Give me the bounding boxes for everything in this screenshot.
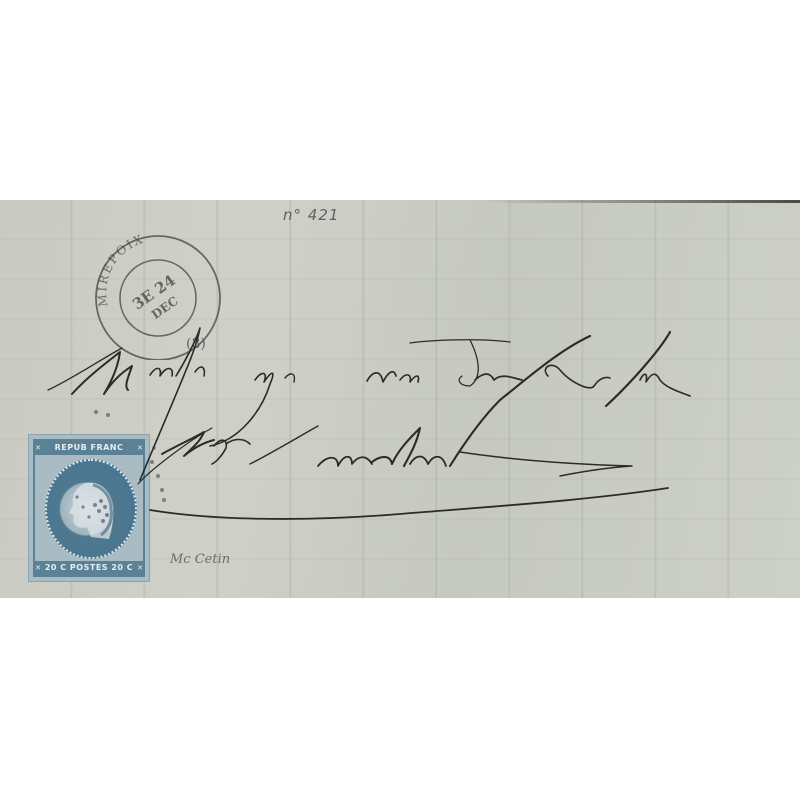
small-pencil-annotation: Mc Cetin xyxy=(170,552,230,567)
postal-cover: n° 421 MIREPOIX 3E 24 DEC (8) ✕ ✕ ✕ ✕ RE… xyxy=(0,200,800,598)
handwritten-address xyxy=(0,200,800,598)
